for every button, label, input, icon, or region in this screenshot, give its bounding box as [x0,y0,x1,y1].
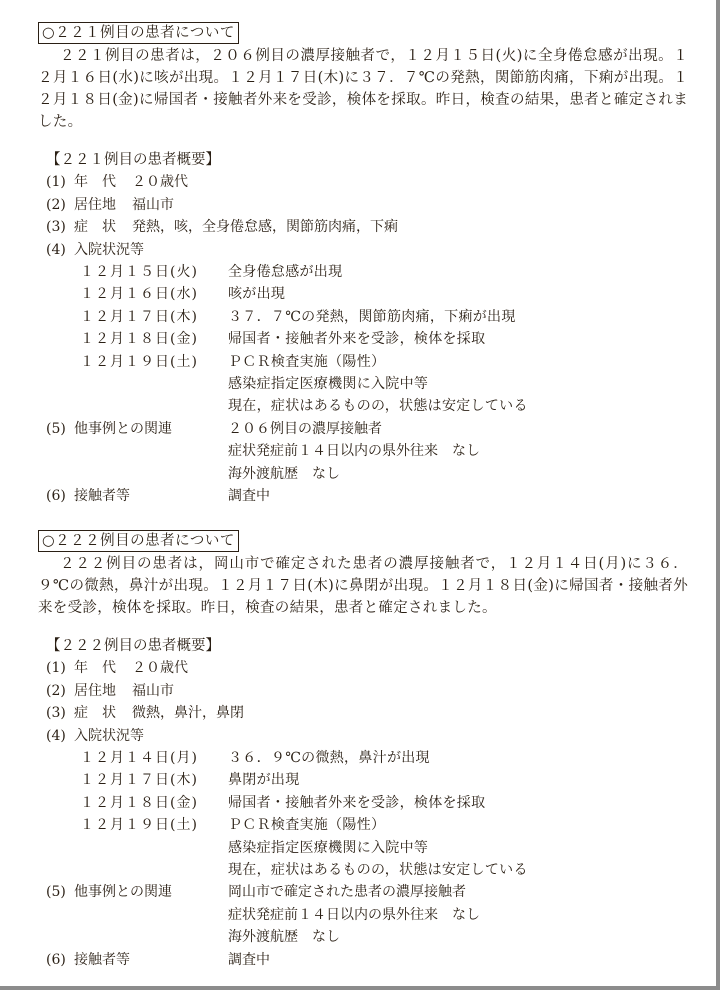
item-number: (3) [46,216,74,238]
item-value: 発熱，咳，全身倦怠感，関節筋肉痛，下痢 [132,216,398,238]
timeline-desc: 現在，症状はあるものの，状態は安定している [228,395,688,417]
timeline-row: 現在，症状はあるものの，状態は安定している [38,395,688,417]
item-hospitalization: (4) 入院状況等 [46,239,688,261]
item-hospitalization: (4) 入院状況等 [46,725,688,747]
item-number: (6) [46,485,74,507]
timeline-row: 感染症指定医療機関に入院中等 [38,837,688,859]
timeline-row: 感染症指定医療機関に入院中等 [38,373,688,395]
timeline-desc: 現在，症状はあるものの，状態は安定している [228,859,688,881]
item-symptoms: (3) 症 状 発熱，咳，全身倦怠感，関節筋肉痛，下痢 [46,216,688,238]
item-residence: (2) 居住地 福山市 [46,194,688,216]
item-value: ２０歳代 [132,657,188,679]
item-label: 年 代 [74,171,116,193]
item-number: (3) [46,702,74,724]
item-number: (2) [46,194,74,216]
case-221-summary: 【２２１例目の患者概要】 (1) 年 代 ２０歳代 (2) 居住地 福山市 (3… [38,149,688,508]
item-value: ２０歳代 [132,171,188,193]
timeline-desc: ＰＣＲ検査実施（陽性） [228,351,688,373]
timeline-desc: 全身倦怠感が出現 [228,261,688,283]
item-contacts: (6) 接触者等 調査中 [46,949,688,971]
relation-line: 海外渡航歴 なし [228,926,340,948]
timeline-row: １２月１９日(土)ＰＣＲ検査実施（陽性） [38,814,688,836]
case-222-section: ○２２２例目の患者について ２２２例目の患者は，岡山市で確定された患者の濃厚接触… [38,530,688,971]
item-number: (1) [46,657,74,679]
item-label: 症 状 [74,216,116,238]
item-number: (4) [46,725,74,747]
item-value: 福山市 [132,680,174,702]
case-222-paragraph: ２２２例目の患者は，岡山市で確定された患者の濃厚接触者で，１２月１４日(月)に３… [38,553,688,619]
timeline-date: １２月１９日(土) [80,351,228,373]
case-221-paragraph: ２２１例目の患者は，２０６例目の濃厚接触者で，１２月１５日(火)に全身倦怠感が出… [38,45,688,133]
timeline-date: １２月１７日(木) [80,306,228,328]
timeline-date: １２月１９日(土) [80,814,228,836]
item-relation: (5) 他事例との関連 岡山市で確定された患者の濃厚接触者 [46,881,688,903]
timeline-desc: 帰国者・接触者外来を受診，検体を採取 [228,328,688,350]
item-relation: (5) 他事例との関連 ２０６例目の濃厚接触者 [46,418,688,440]
item-age: (1) 年 代 ２０歳代 [46,171,688,193]
timeline-row: １２月１８日(金)帰国者・接触者外来を受診，検体を採取 [38,792,688,814]
item-symptoms: (3) 症 状 微熱，鼻汁，鼻閉 [46,702,688,724]
timeline-date: １２月１７日(木) [80,769,228,791]
case-222-summary: 【２２２例目の患者概要】 (1) 年 代 ２０歳代 (2) 居住地 福山市 (3… [38,635,688,971]
document-page: ○２２１例目の患者について ２２１例目の患者は，２０６例目の濃厚接触者で，１２月… [0,0,720,990]
timeline-row: １２月１５日(火)全身倦怠感が出現 [38,261,688,283]
timeline-row: １２月１６日(水)咳が出現 [38,283,688,305]
relation-line: 岡山市で確定された患者の濃厚接触者 [228,881,466,903]
item-age: (1) 年 代 ２０歳代 [46,657,688,679]
timeline-desc: ３６．９℃の微熱，鼻汁が出現 [228,747,688,769]
item-number: (2) [46,680,74,702]
timeline-desc: 鼻閉が出現 [228,769,688,791]
item-value: 微熱，鼻汁，鼻閉 [132,702,244,724]
case-221-heading: ○２２１例目の患者について [38,22,239,44]
item-number: (1) [46,171,74,193]
timeline-date: １２月１６日(水) [80,283,228,305]
timeline-date: １２月１８日(金) [80,328,228,350]
timeline-desc: 帰国者・接触者外来を受診，検体を採取 [228,792,688,814]
timeline-row: １２月１７日(木)３７．７℃の発熱，関節筋肉痛，下痢が出現 [38,306,688,328]
item-label: 他事例との関連 [74,881,228,903]
item-number: (5) [46,418,74,440]
timeline-row: １２月１９日(土)ＰＣＲ検査実施（陽性） [38,351,688,373]
timeline-desc: 感染症指定医療機関に入院中等 [228,837,688,859]
timeline-desc: ＰＣＲ検査実施（陽性） [228,814,688,836]
item-label: 他事例との関連 [74,418,228,440]
item-label: 居住地 [74,680,116,702]
timeline-date: １２月１４日(月) [80,747,228,769]
relation-line: 海外渡航歴 なし [228,463,340,485]
case-221-section: ○２２１例目の患者について ２２１例目の患者は，２０６例目の濃厚接触者で，１２月… [38,22,688,508]
item-relation-cont: 海外渡航歴 なし [46,926,688,948]
item-value: 調査中 [228,485,270,507]
item-relation-cont: 海外渡航歴 なし [46,463,688,485]
item-value: 調査中 [228,949,270,971]
timeline-desc: ３７．７℃の発熱，関節筋肉痛，下痢が出現 [228,306,688,328]
summary-title: 【２２２例目の患者概要】 [46,635,688,657]
item-contacts: (6) 接触者等 調査中 [46,485,688,507]
item-relation-cont: 症状発症前１４日以内の県外往来 なし [46,904,688,926]
item-label: 接触者等 [74,949,228,971]
timeline-row: 現在，症状はあるものの，状態は安定している [38,859,688,881]
item-number: (6) [46,949,74,971]
item-label: 居住地 [74,194,116,216]
item-label: 年 代 [74,657,116,679]
timeline-date: １２月１５日(火) [80,261,228,283]
item-label: 接触者等 [74,485,228,507]
item-label: 入院状況等 [74,725,144,747]
summary-title: 【２２１例目の患者概要】 [46,149,688,171]
item-relation-cont: 症状発症前１４日以内の県外往来 なし [46,440,688,462]
relation-line: 症状発症前１４日以内の県外往来 なし [228,440,480,462]
item-residence: (2) 居住地 福山市 [46,680,688,702]
relation-line: 症状発症前１４日以内の県外往来 なし [228,904,480,926]
timeline-row: １２月１７日(木)鼻閉が出現 [38,769,688,791]
item-number: (4) [46,239,74,261]
item-value: 福山市 [132,194,174,216]
item-label: 症 状 [74,702,116,724]
relation-line: ２０６例目の濃厚接触者 [228,418,382,440]
timeline-desc: 咳が出現 [228,283,688,305]
case-222-heading: ○２２２例目の患者について [38,530,239,552]
item-number: (5) [46,881,74,903]
timeline-desc: 感染症指定医療機関に入院中等 [228,373,688,395]
timeline-row: １２月１８日(金)帰国者・接触者外来を受診，検体を採取 [38,328,688,350]
timeline-date: １２月１８日(金) [80,792,228,814]
timeline-row: １２月１４日(月)３６．９℃の微熱，鼻汁が出現 [38,747,688,769]
item-label: 入院状況等 [74,239,144,261]
